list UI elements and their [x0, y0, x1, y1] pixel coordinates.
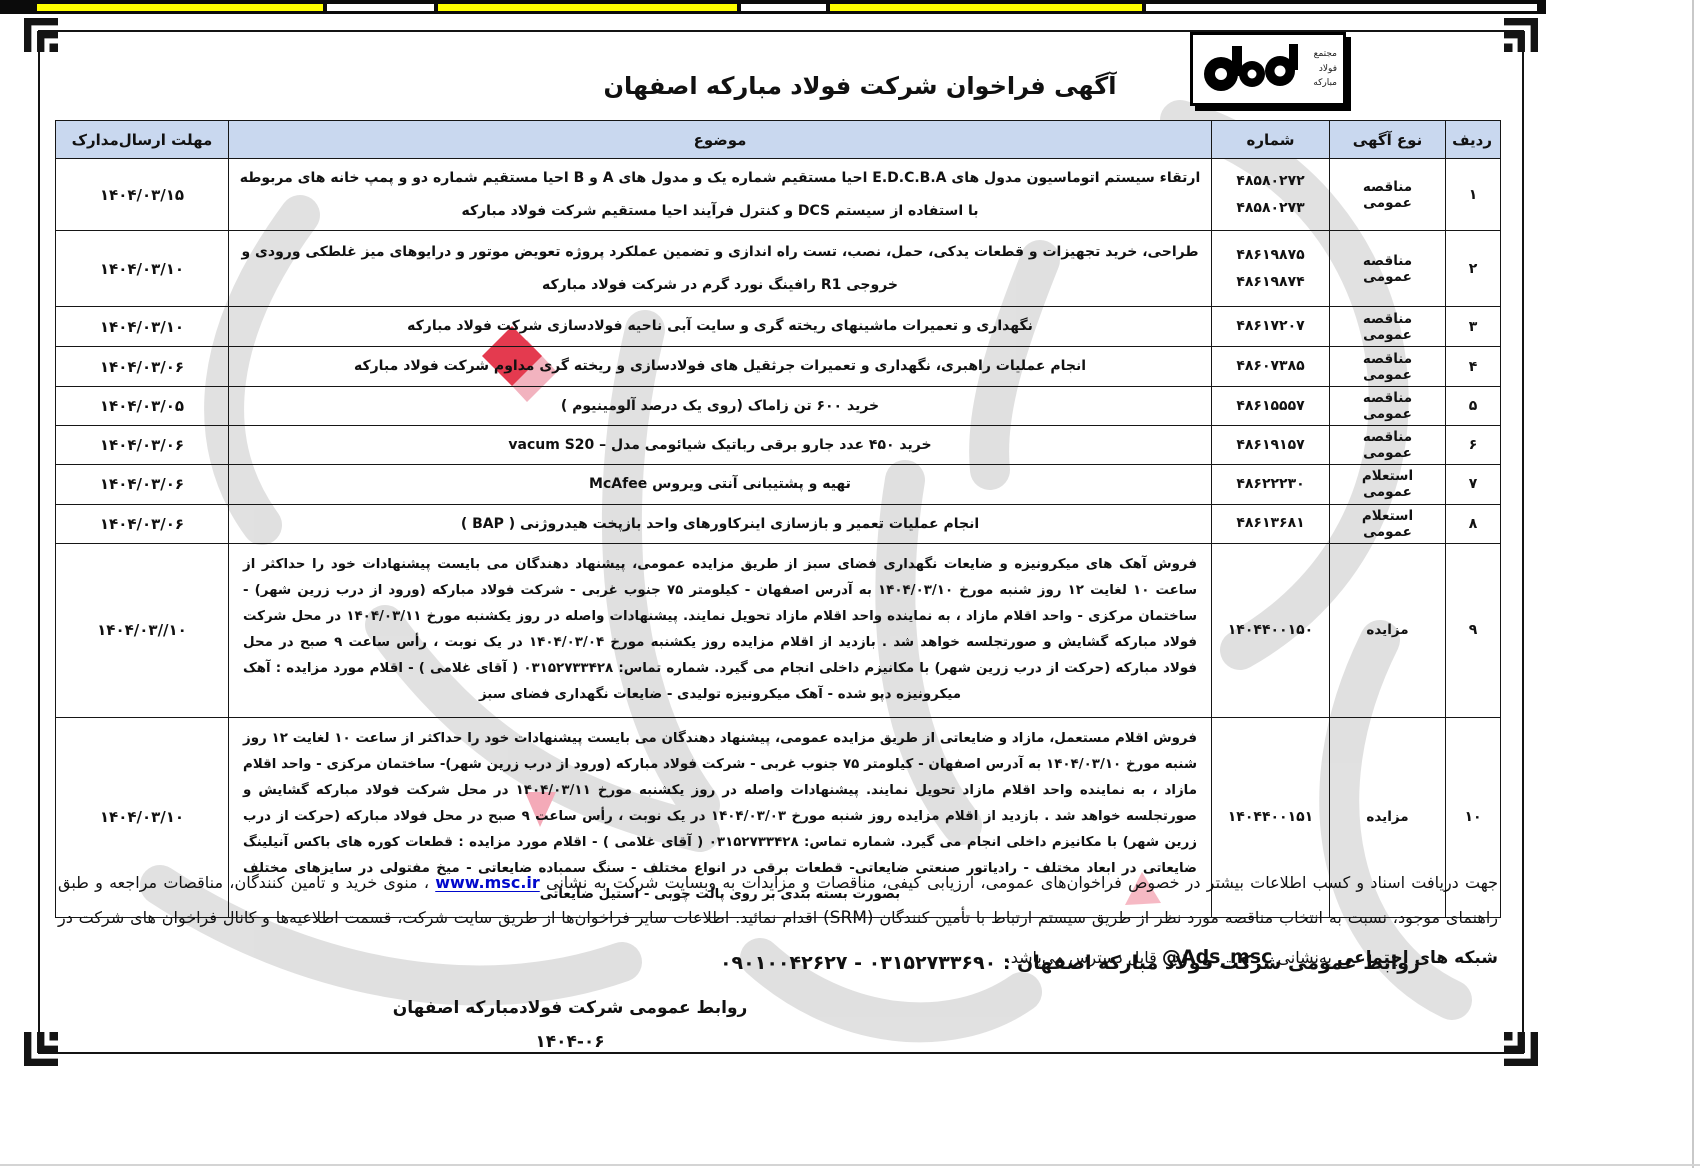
- msc-logo: مجتمع فولاد مبارکه: [1190, 32, 1346, 106]
- ad-deadline: ۱۴۰۴/۰۳/۱۰: [56, 231, 229, 307]
- highlight-cell: [438, 4, 737, 11]
- row-number: ۶: [1446, 426, 1501, 465]
- ad-subject: تهیه و پشتیبانی آنتی ویروس McAfee: [229, 465, 1212, 504]
- strip-black-segment: [1537, 4, 1546, 11]
- ad-deadline: ۱۴۰۴/۰۳/۰۶: [56, 465, 229, 504]
- header-row-number: ردیف: [1446, 121, 1501, 159]
- ad-type: مناقصه عمومی: [1330, 347, 1446, 387]
- ad-type: مناقصه عمومی: [1330, 231, 1446, 307]
- header-number: شماره: [1212, 121, 1330, 159]
- row-number: ۵: [1446, 387, 1501, 426]
- table-row: ۱ مناقصه عمومی ۴۸۵۸۰۲۷۲۴۸۵۸۰۲۷۳ ارتقاء س…: [56, 159, 1501, 231]
- table-row: ۵ مناقصه عمومی ۴۸۶۱۵۵۵۷ خرید ۶۰۰ تن زاما…: [56, 387, 1501, 426]
- ad-subject: خرید ۶۰۰ تن زاماک (روی یک درصد آلومینیوم…: [229, 387, 1212, 426]
- ad-type: استعلام عمومی: [1330, 504, 1446, 543]
- ad-deadline: ۱۴۰۴/۰۳//۱۰: [56, 543, 229, 717]
- ad-type: مزایده: [1330, 543, 1446, 717]
- ad-number: ۴۸۵۸۰۲۷۲۴۸۵۸۰۲۷۳: [1212, 159, 1330, 231]
- row-number: ۳: [1446, 307, 1501, 347]
- ad-type: مناقصه عمومی: [1330, 307, 1446, 347]
- page-title: آگهی فراخوان شرکت فولاد مبارکه اصفهان: [560, 72, 1160, 100]
- table-row: ۴ مناقصه عمومی ۴۸۶۰۷۳۸۵ انجام عملیات راه…: [56, 347, 1501, 387]
- ad-number: ۴۸۶۱۳۶۸۱: [1212, 504, 1330, 543]
- row-number: ۱: [1446, 159, 1501, 231]
- header-subject: موضوع: [229, 121, 1212, 159]
- row-number: ۸: [1446, 504, 1501, 543]
- ad-type: مناقصه عمومی: [1330, 159, 1446, 231]
- highlight-cell: [830, 4, 1142, 11]
- strip-divider: [737, 4, 741, 11]
- ad-number: ۴۸۶۱۹۸۷۵۴۸۶۱۹۸۷۴: [1212, 231, 1330, 307]
- table-row: ۷ استعلام عمومی ۴۸۶۲۲۲۳۰ تهیه و پشتیبانی…: [56, 465, 1501, 504]
- announcements-table: ردیف نوع آگهی شماره موضوع مهلت ارسال‌مدا…: [55, 120, 1501, 918]
- ad-type: مناقصه عمومی: [1330, 387, 1446, 426]
- table-row: ۶ مناقصه عمومی ۴۸۶۱۹۱۵۷ خرید ۴۵۰ عدد جار…: [56, 426, 1501, 465]
- row-number: ۴: [1446, 347, 1501, 387]
- ad-subject: ارتقاء سیستم اتوماسیون مدول های E.D.C.B.…: [229, 159, 1212, 231]
- ad-subject: طراحی، خرید تجهیزات و قطعات یدکی، حمل، ن…: [229, 231, 1212, 307]
- ad-number: ۴۸۶۱۵۵۵۷: [1212, 387, 1330, 426]
- page-edge: [1692, 0, 1694, 1168]
- top-strip: [0, 0, 1546, 14]
- ad-subject: فروش آهک های میکرونیزه و ضایعات نگهداری …: [229, 543, 1212, 717]
- row-number: ۲: [1446, 231, 1501, 307]
- srm-label: (SRM): [823, 908, 874, 928]
- highlight-cell: [37, 4, 323, 11]
- ad-deadline: ۱۴۰۴/۰۳/۱۰: [56, 307, 229, 347]
- ad-type: استعلام عمومی: [1330, 465, 1446, 504]
- ad-deadline: ۱۴۰۴/۰۳/۰۵: [56, 387, 229, 426]
- table-row: ۸ استعلام عمومی ۴۸۶۱۳۶۸۱ انجام عملیات تع…: [56, 504, 1501, 543]
- corner-ornament-icon: [1504, 18, 1538, 52]
- row-number: ۷: [1446, 465, 1501, 504]
- signature-date: ۱۴۰۴-۰۶: [390, 1032, 750, 1052]
- corner-ornament-icon: [1504, 1032, 1538, 1066]
- ad-subject: انجام عملیات تعمیر و بازسازی اینرکاورهای…: [229, 504, 1212, 543]
- ad-deadline: ۱۴۰۴/۰۳/۰۶: [56, 504, 229, 543]
- header-type: نوع آگهی: [1330, 121, 1446, 159]
- row-number: ۹: [1446, 543, 1501, 717]
- table-header-row: ردیف نوع آگهی شماره موضوع مهلت ارسال‌مدا…: [56, 121, 1501, 159]
- strip-divider: [1142, 4, 1146, 11]
- ad-subject: خرید ۴۵۰ عدد جارو برقی رباتیک شیائومی مد…: [229, 426, 1212, 465]
- strip-divider: [323, 4, 327, 11]
- table-row: ۲ مناقصه عمومی ۴۸۶۱۹۸۷۵۴۸۶۱۹۸۷۴ طراحی، خ…: [56, 231, 1501, 307]
- msc-logo-icon: [1199, 40, 1299, 98]
- ad-number: ۴۸۶۱۹۱۵۷: [1212, 426, 1330, 465]
- strip-black-segment: [0, 4, 37, 11]
- ad-deadline: ۱۴۰۴/۰۳/۰۶: [56, 347, 229, 387]
- msc-logo-words: مجتمع فولاد مبارکه: [1313, 47, 1337, 90]
- ad-subject: انجام عملیات راهبری، نگهداری و تعمیرات ج…: [229, 347, 1212, 387]
- ad-number: ۴۸۶۲۲۲۳۰: [1212, 465, 1330, 504]
- signature-line: روابط عمومی شرکت فولادمبارکه اصفهان: [390, 998, 750, 1018]
- header-deadline: مهلت ارسال‌مدارک: [56, 121, 229, 159]
- corner-ornament-icon: [24, 18, 58, 52]
- ad-deadline: ۱۴۰۴/۰۳/۱۵: [56, 159, 229, 231]
- public-relations-contact: روابط عمومی شرکت فولاد مبارکه اصفهان : ۰…: [720, 952, 1420, 974]
- table-row: ۹ مزایده ۱۴۰۴۴۰۰۱۵۰ فروش آهک های میکرونی…: [56, 543, 1501, 717]
- ad-deadline: ۱۴۰۴/۰۳/۰۶: [56, 426, 229, 465]
- corner-ornament-icon: [24, 1032, 58, 1066]
- ad-number: ۴۸۶۱۷۲۰۷: [1212, 307, 1330, 347]
- ad-number: ۴۸۶۰۷۳۸۵: [1212, 347, 1330, 387]
- page-edge: [0, 1164, 1700, 1166]
- website-link[interactable]: www.msc.ir: [435, 873, 540, 892]
- ad-number: ۱۴۰۴۴۰۰۱۵۰: [1212, 543, 1330, 717]
- ad-subject: نگهداری و تعمیرات ماشینهای ریخته گری و س…: [229, 307, 1212, 347]
- table-row: ۳ مناقصه عمومی ۴۸۶۱۷۲۰۷ نگهداری و تعمیرا…: [56, 307, 1501, 347]
- footer-text: اقدام نمائید. اطلاعات سایر فراخوان‌ها از…: [58, 908, 823, 927]
- footer-text: جهت دریافت اسناد و کسب اطلاعات بیشتر در …: [540, 873, 1498, 892]
- ad-type: مناقصه عمومی: [1330, 426, 1446, 465]
